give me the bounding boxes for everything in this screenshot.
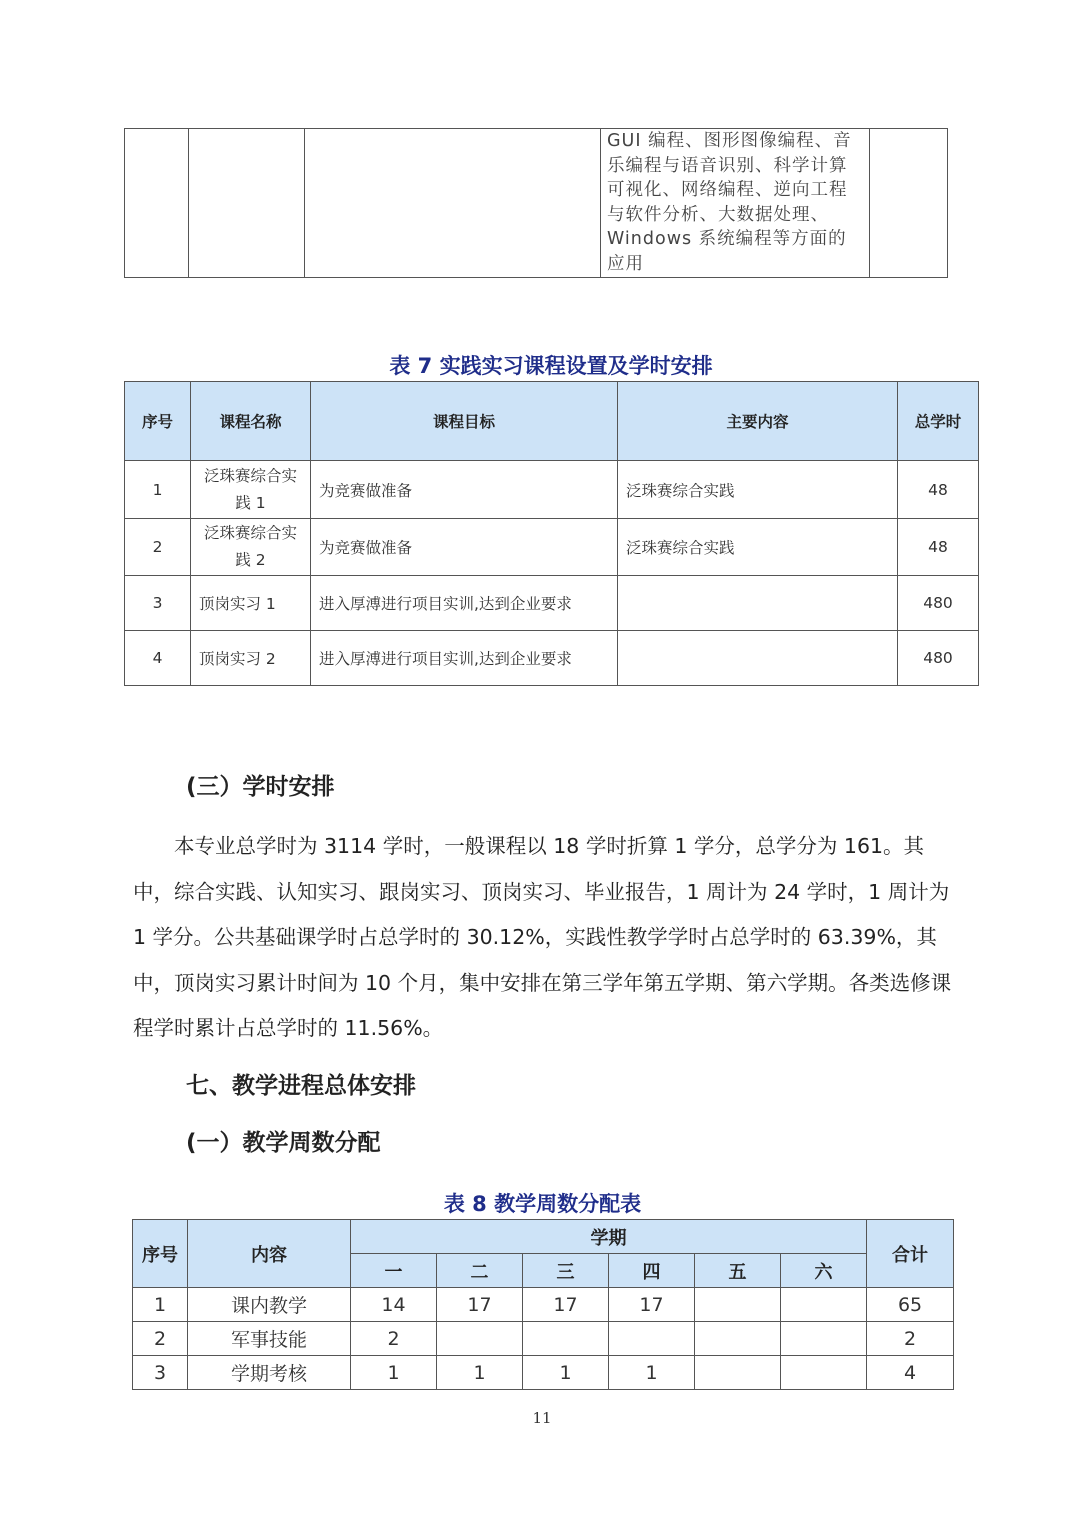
- header-total-hours: 总学时: [898, 382, 979, 461]
- row-no: 3: [125, 576, 191, 631]
- row-no: 1: [125, 461, 191, 519]
- row-value: [695, 1322, 781, 1356]
- row-content: 学期考核: [188, 1356, 351, 1390]
- row-name: 泛珠赛综合实践 1: [191, 461, 311, 519]
- header-semester-2: 二: [437, 1254, 523, 1288]
- row-no: 2: [133, 1322, 188, 1356]
- table-cell: [189, 129, 305, 278]
- row-value: [523, 1322, 609, 1356]
- row-content: [618, 631, 898, 686]
- row-hours: 48: [898, 461, 979, 519]
- row-goal: 进入厚溥进行项目实训,达到企业要求: [311, 631, 618, 686]
- table-row: 4 顶岗实习 2 进入厚溥进行项目实训,达到企业要求 480: [125, 631, 979, 686]
- table-row: 3 顶岗实习 1 进入厚溥进行项目实训,达到企业要求 480: [125, 576, 979, 631]
- row-value: 17: [609, 1288, 695, 1322]
- row-goal: 为竞赛做准备: [311, 519, 618, 576]
- row-content: 军事技能: [188, 1322, 351, 1356]
- row-value: 1: [351, 1356, 437, 1390]
- row-content: 泛珠赛综合实践: [618, 461, 898, 519]
- header-semester-3: 三: [523, 1254, 609, 1288]
- row-name: 顶岗实习 1: [191, 576, 311, 631]
- row-name: 顶岗实习 2: [191, 631, 311, 686]
- subsection-heading: (一）教学周数分配: [186, 1124, 381, 1157]
- row-value: 1: [523, 1356, 609, 1390]
- row-content: 课内教学: [188, 1288, 351, 1322]
- row-hours: 48: [898, 519, 979, 576]
- practice-course-table: 序号 课程名称 课程目标 主要内容 总学时 1 泛珠赛综合实践 1 为竞赛做准备…: [124, 381, 979, 686]
- row-value: [695, 1356, 781, 1390]
- row-no: 1: [133, 1288, 188, 1322]
- chapter-heading: 七、教学进程总体安排: [186, 1067, 416, 1100]
- table-row: 2 泛珠赛综合实践 2 为竞赛做准备 泛珠赛综合实践 48: [125, 519, 979, 576]
- row-goal: 为竞赛做准备: [311, 461, 618, 519]
- row-value: 1: [437, 1356, 523, 1390]
- teaching-weeks-table: 序号 内容 学期 合计 一 二 三 四 五 六 1 课内教学 14 17 17 …: [132, 1219, 954, 1390]
- header-main-content: 主要内容: [618, 382, 898, 461]
- row-value: [437, 1322, 523, 1356]
- row-hours: 480: [898, 631, 979, 686]
- row-value: [781, 1356, 867, 1390]
- table-header-row: 序号 内容 学期 合计: [133, 1220, 954, 1254]
- body-paragraph: 本专业总学时为 3114 学时，一般课程以 18 学时折算 1 学分，总学分为 …: [133, 824, 953, 1052]
- header-semester: 学期: [351, 1220, 867, 1254]
- page-number: 11: [0, 1409, 1080, 1427]
- row-goal: 进入厚溥进行项目实训,达到企业要求: [311, 576, 618, 631]
- row-content: 泛珠赛综合实践: [618, 519, 898, 576]
- row-value: [695, 1288, 781, 1322]
- table-header-row: 序号 课程名称 课程目标 主要内容 总学时: [125, 382, 979, 461]
- header-semester-4: 四: [609, 1254, 695, 1288]
- row-value: 17: [437, 1288, 523, 1322]
- row-value: [781, 1288, 867, 1322]
- header-no: 序号: [125, 382, 191, 461]
- header-semester-5: 五: [695, 1254, 781, 1288]
- header-course-goal: 课程目标: [311, 382, 618, 461]
- header-course-name: 课程名称: [191, 382, 311, 461]
- table8-caption: 表 8 教学周数分配表: [132, 1188, 953, 1218]
- header-semester-1: 一: [351, 1254, 437, 1288]
- row-total: 4: [867, 1356, 954, 1390]
- table-row: 1 课内教学 14 17 17 17 65: [133, 1288, 954, 1322]
- row-total: 2: [867, 1322, 954, 1356]
- row-content: [618, 576, 898, 631]
- section-heading: (三）学时安排: [186, 768, 335, 801]
- header-total: 合计: [867, 1220, 954, 1288]
- row-value: 17: [523, 1288, 609, 1322]
- row-no: 3: [133, 1356, 188, 1390]
- header-no: 序号: [133, 1220, 188, 1288]
- row-total: 65: [867, 1288, 954, 1322]
- table-row: 2 军事技能 2 2: [133, 1322, 954, 1356]
- course-table-fragment: GUI 编程、图形图像编程、音乐编程与语音识别、科学计算可视化、网络编程、逆向工…: [124, 128, 948, 278]
- row-value: 2: [351, 1322, 437, 1356]
- row-value: [609, 1322, 695, 1356]
- row-no: 4: [125, 631, 191, 686]
- table-cell: [125, 129, 189, 278]
- table7-caption: 表 7 实践实习课程设置及学时安排: [124, 350, 978, 380]
- table-row: 3 学期考核 1 1 1 1 4: [133, 1356, 954, 1390]
- header-content: 内容: [188, 1220, 351, 1288]
- row-value: [781, 1322, 867, 1356]
- table-cell: [305, 129, 601, 278]
- row-hours: 480: [898, 576, 979, 631]
- row-no: 2: [125, 519, 191, 576]
- row-value: 14: [351, 1288, 437, 1322]
- content-cell: GUI 编程、图形图像编程、音乐编程与语音识别、科学计算可视化、网络编程、逆向工…: [601, 129, 870, 278]
- table-row: GUI 编程、图形图像编程、音乐编程与语音识别、科学计算可视化、网络编程、逆向工…: [125, 129, 948, 278]
- header-semester-6: 六: [781, 1254, 867, 1288]
- table-cell: [870, 129, 948, 278]
- row-value: 1: [609, 1356, 695, 1390]
- row-name: 泛珠赛综合实践 2: [191, 519, 311, 576]
- table-row: 1 泛珠赛综合实践 1 为竞赛做准备 泛珠赛综合实践 48: [125, 461, 979, 519]
